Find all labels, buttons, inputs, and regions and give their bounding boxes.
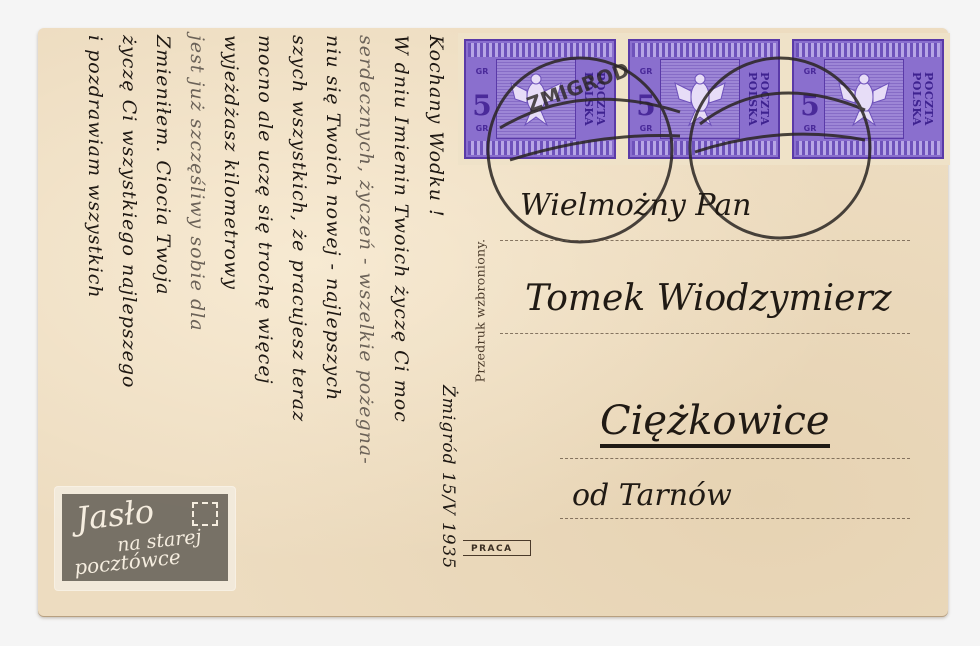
postage-stamp: GR 5 GR POCZTA POLSKA (622, 33, 786, 165)
message-place-date: Żmigród 15/V 1935 (438, 385, 458, 569)
eagle-icon (837, 69, 891, 129)
address-name: Tomek Wiodzymierz (525, 278, 892, 319)
stamp-strip: GR 5 GR POCZTA POLSKA GR 5 GR (458, 33, 950, 165)
message-line: niu się Twoich nowej - najlepszych (322, 35, 344, 401)
eagle-icon (509, 69, 563, 129)
watermark-logo: Jasło na starej pocztówce (55, 487, 235, 590)
postage-stamp: GR 5 GR POCZTA POLSKA (458, 33, 622, 165)
address-salutation: Wielmożny Pan (520, 188, 751, 223)
print-notice: Przedruk wzbroniony. (470, 200, 490, 420)
postage-stamp: GR 5 GR POCZTA POLSKA (786, 33, 950, 165)
stamp-country: POCZTA POLSKA (746, 61, 770, 137)
address-line (500, 240, 910, 241)
message-line: serdecznych, życzeń - wszelkie pożegna- (355, 35, 377, 465)
message-line: Zmieniłem. Ciocia Twoja (152, 35, 174, 295)
stamp-value: 5 (472, 89, 492, 122)
address-town: Ciężkowice (600, 398, 830, 448)
stamp-value: 5 (800, 89, 820, 122)
message-line: szych wszystkich, że pracujesz teraz (288, 35, 310, 422)
stamp-icon (192, 502, 218, 526)
stamp-country: POCZTA POLSKA (910, 61, 934, 137)
address-line (560, 458, 910, 459)
message-line: i pozdrawiam wszystkich (84, 35, 106, 299)
stamp-value: 5 (636, 89, 656, 122)
message-line: Kochany Wodku ! (425, 35, 447, 218)
message-line: jest już szczęśliwy sobie dla (186, 35, 208, 332)
publisher-mark: PRACA (463, 540, 531, 556)
address-line (500, 333, 910, 334)
message-line: mocno ale uczę się trochę więcej (254, 35, 276, 384)
address-line (560, 518, 910, 519)
address-via: od Tarnów (572, 478, 732, 513)
message-line: W dniu Imienin Twoich życzę Ci moc (390, 35, 412, 423)
message-line: życzę Ci wszystkiego najlepszego (118, 35, 140, 389)
stamp-country: POCZTA POLSKA (582, 61, 606, 137)
message-line: wyjeżdżasz kilometrowy (220, 35, 242, 290)
eagle-icon (673, 69, 727, 129)
